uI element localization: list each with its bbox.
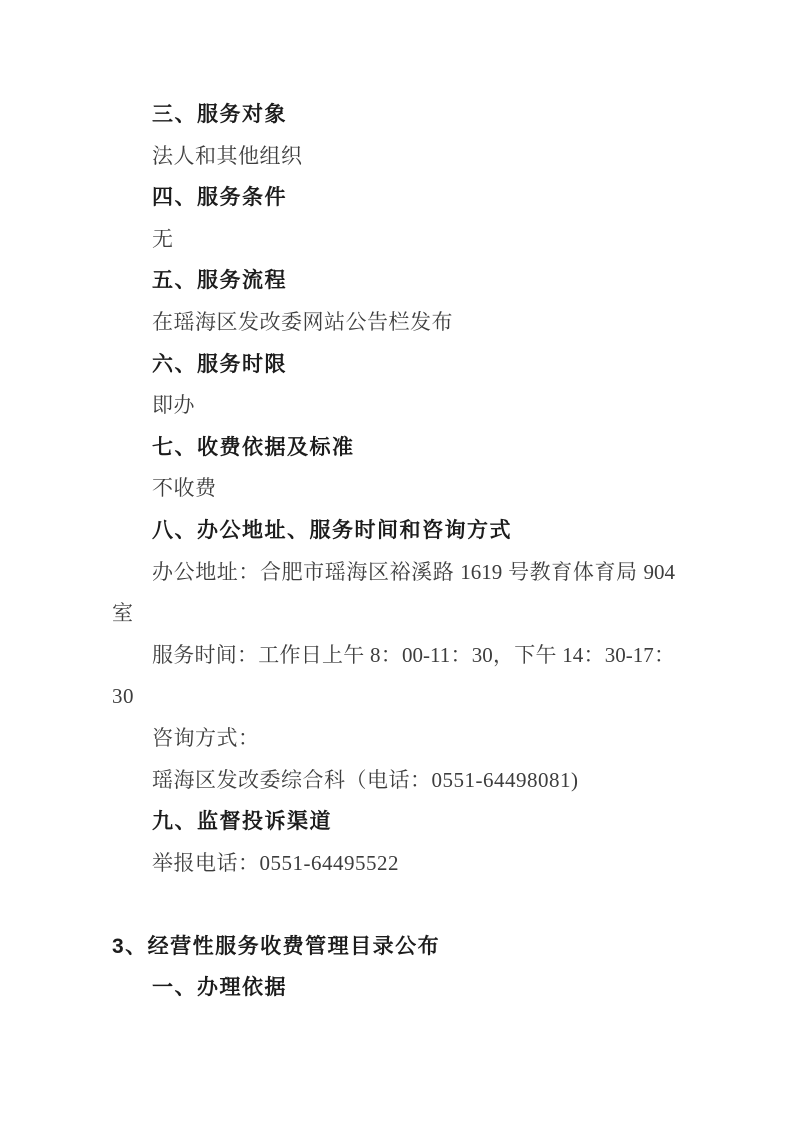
paragraph-line: 30 <box>112 676 675 718</box>
paragraph-line: 举报电话：0551-64495522 <box>112 843 675 885</box>
paragraph-line: 不收费 <box>112 468 675 510</box>
document-page: 三、服务对象法人和其他组织四、服务条件无五、服务流程在瑶海区发改委网站公告栏发布… <box>0 0 792 1122</box>
section-heading: 3、经营性服务收费管理目录公布 <box>112 926 675 968</box>
paragraph-line: 咨询方式： <box>112 718 675 760</box>
blank-line <box>112 884 675 926</box>
section-heading: 一、办理依据 <box>112 967 675 1009</box>
section-heading: 四、服务条件 <box>112 177 675 219</box>
section-heading: 六、服务时限 <box>112 344 675 386</box>
paragraph-line: 即办 <box>112 385 675 427</box>
paragraph-line: 办公地址：合肥市瑶海区裕溪路 1619 号教育体育局 904 <box>112 552 675 594</box>
section-heading: 七、收费依据及标准 <box>112 427 675 469</box>
section-heading: 八、办公地址、服务时间和咨询方式 <box>112 510 675 552</box>
section-heading: 三、服务对象 <box>112 94 675 136</box>
paragraph-line: 法人和其他组织 <box>112 136 675 178</box>
document-content: 三、服务对象法人和其他组织四、服务条件无五、服务流程在瑶海区发改委网站公告栏发布… <box>112 94 675 1009</box>
paragraph-line: 在瑶海区发改委网站公告栏发布 <box>112 302 675 344</box>
paragraph-line: 服务时间：工作日上午 8：00-11：30，下午 14：30-17： <box>112 635 675 677</box>
paragraph-line: 无 <box>112 219 675 261</box>
section-heading: 九、监督投诉渠道 <box>112 801 675 843</box>
section-heading: 五、服务流程 <box>112 260 675 302</box>
paragraph-line: 瑶海区发改委综合科（电话：0551-64498081) <box>112 760 675 802</box>
paragraph-line: 室 <box>112 593 675 635</box>
